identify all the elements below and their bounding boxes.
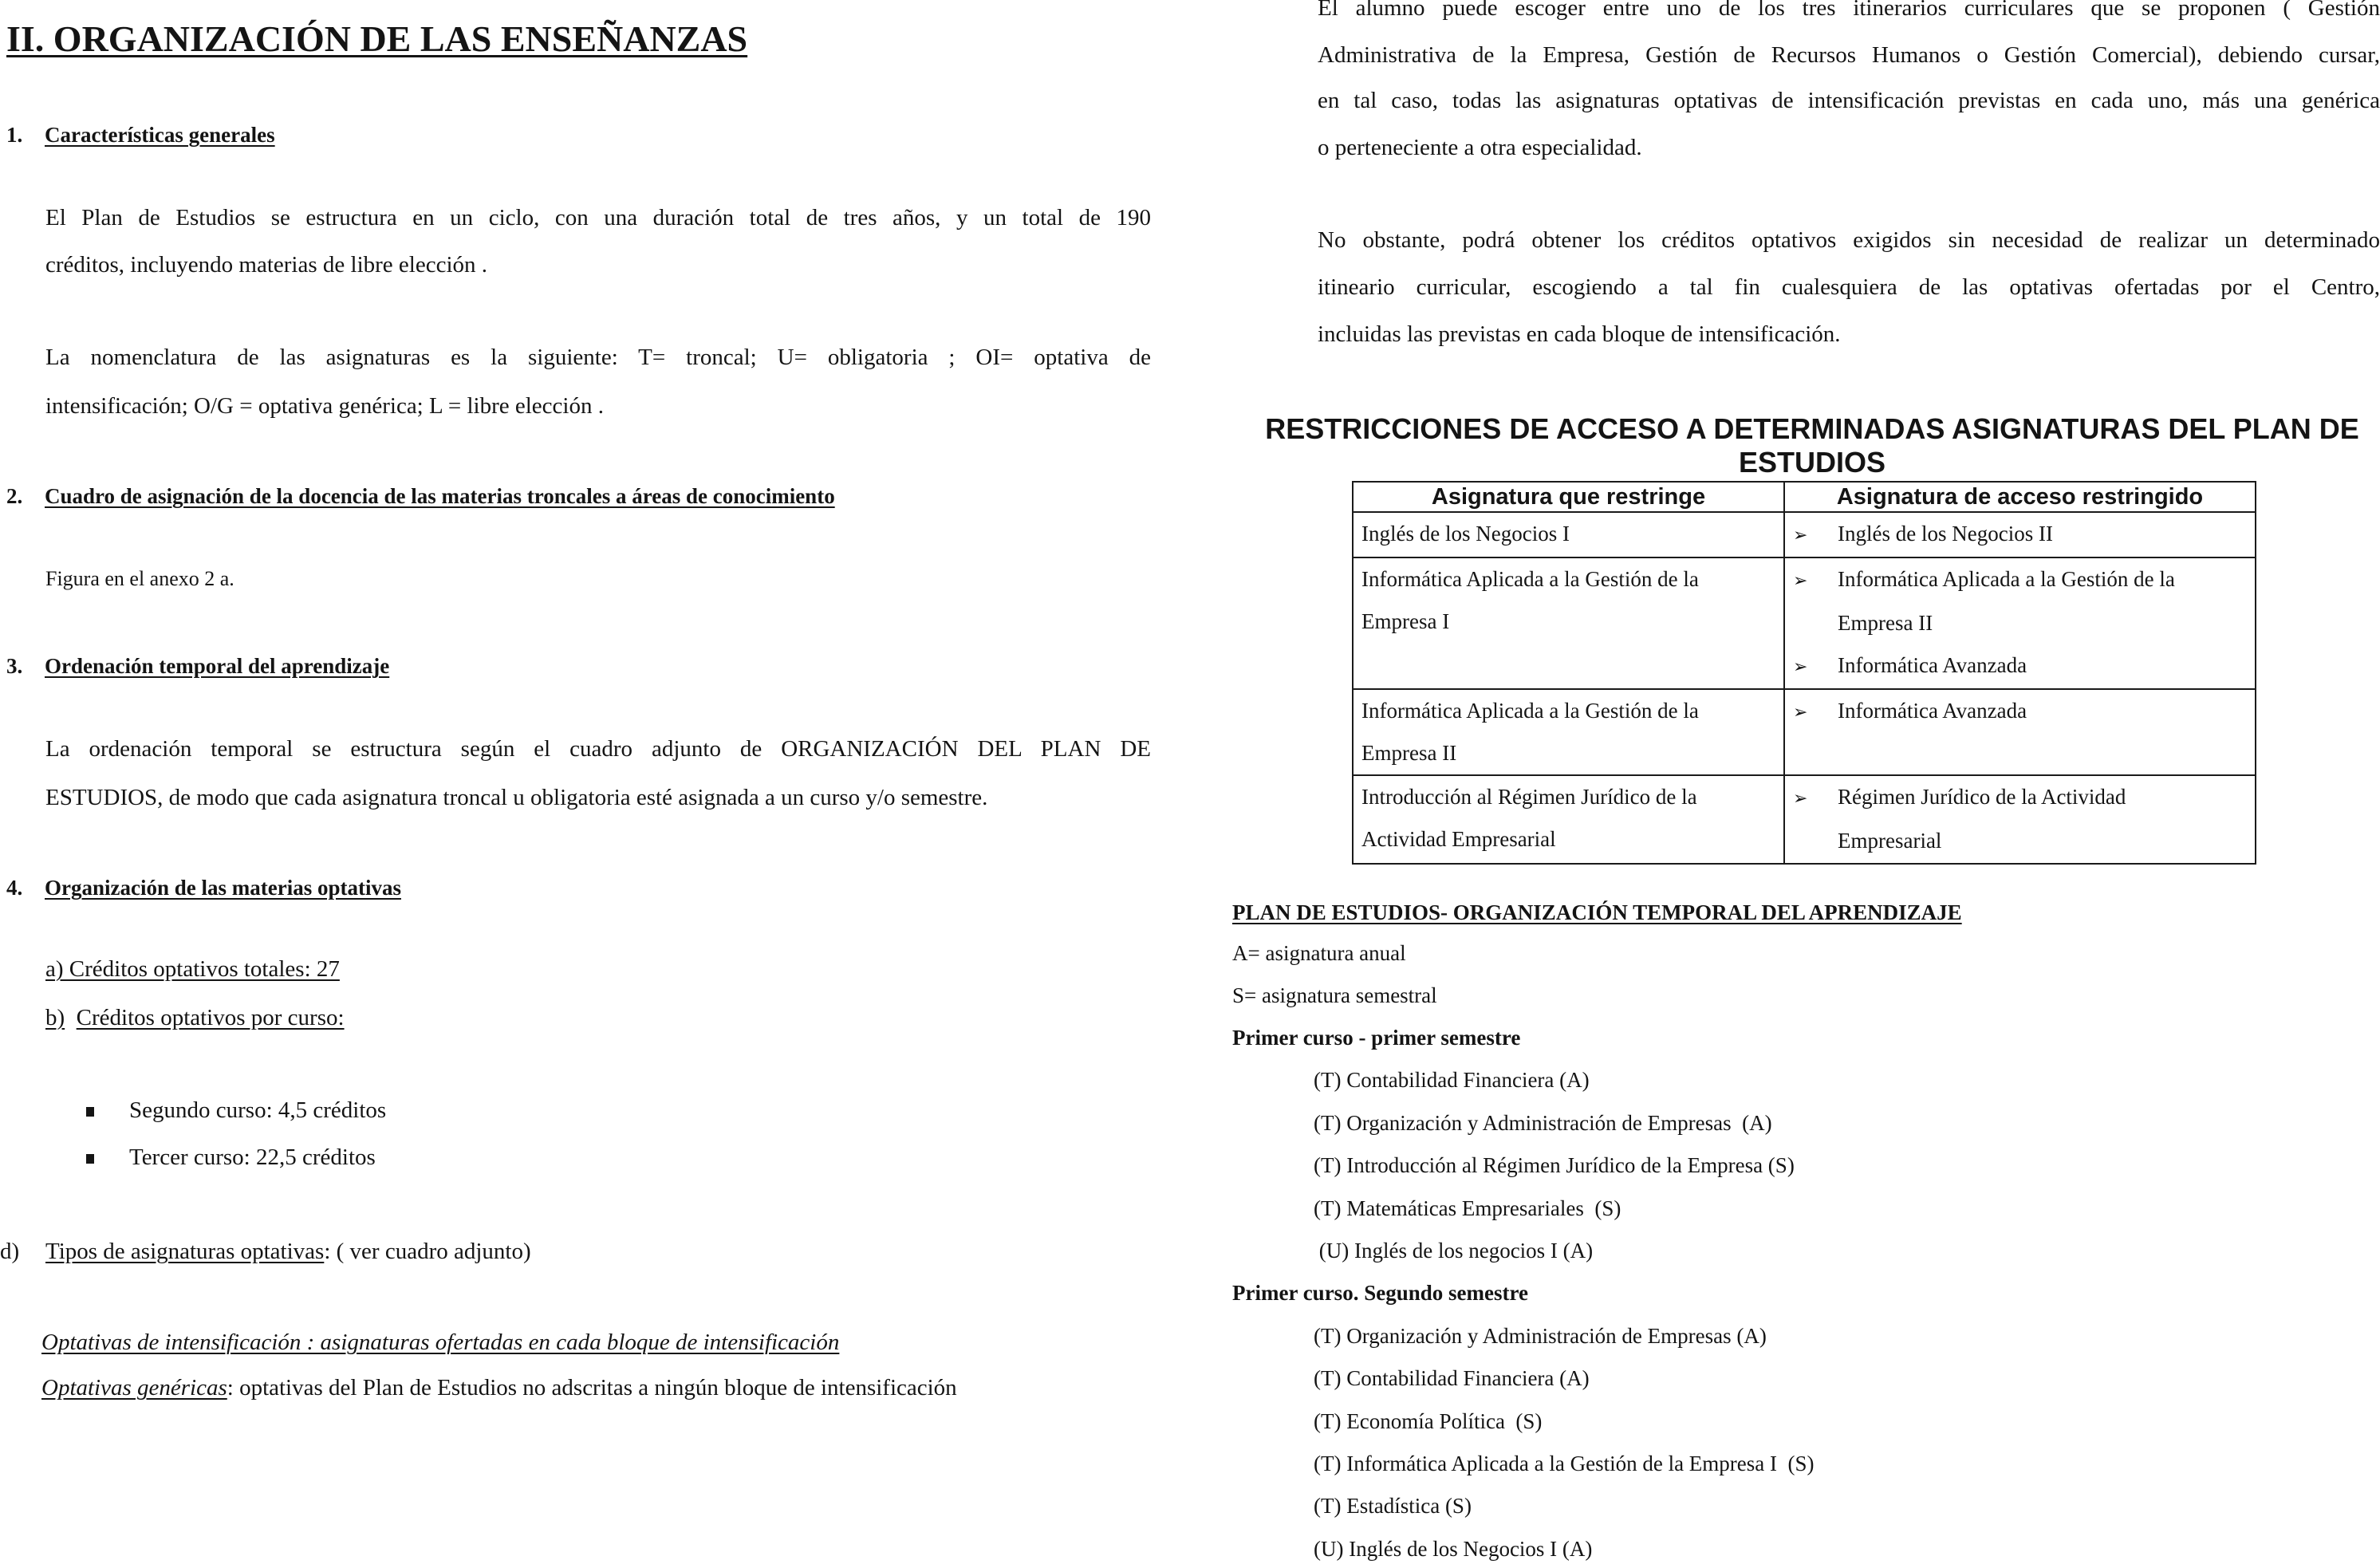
term: Optativas genéricas <box>41 1375 227 1401</box>
square-bullet-icon <box>86 1107 94 1117</box>
intensification-definition: Optativas de intensificación : asignatur… <box>41 1331 839 1354</box>
paragraph-line: incluidas las previstas en cada bloque d… <box>1318 323 1841 346</box>
item-text: Créditos optativos por curso: <box>77 1005 345 1030</box>
subject-item: (U) Inglés de los Negocios I (A) <box>1314 1538 1592 1560</box>
arrowhead-bullet-icon: ➢ <box>1793 514 1838 557</box>
cell-text: ➢Régimen Jurídico de la Actividad <box>1793 776 2247 820</box>
page-title: II. ORGANIZACIÓN DE LAS ENSEÑANZAS <box>6 21 747 57</box>
section-title: Cuadro de asignación de la docencia de l… <box>45 484 835 508</box>
cell-text: Actividad Empresarial <box>1361 818 1775 861</box>
section-2-heading: 2.Cuadro de asignación de la docencia de… <box>6 486 835 507</box>
list-item: Tercer curso: 22,5 créditos <box>86 1146 376 1169</box>
subject-item: (T) Organización y Administración de Emp… <box>1314 1113 1772 1134</box>
restricting-subject: Inglés de los Negocios I <box>1353 512 1784 557</box>
cell-text: Informática Aplicada a la Gestión de la <box>1361 690 1775 732</box>
arrowhead-bullet-icon: ➢ <box>1793 560 1838 602</box>
subject-item: (T) Contabilidad Financiera (A) <box>1314 1368 1590 1389</box>
cell-text: Empresa II <box>1793 602 2247 644</box>
cell-text: Empresarial <box>1793 820 2247 862</box>
table-row: Informática Aplicada a la Gestión de laE… <box>1353 557 2256 689</box>
restricted-item: Informática Avanzada <box>1838 699 2027 723</box>
section-4-heading: 4.Organización de las materias optativas <box>6 877 401 899</box>
cell-text: Introducción al Régimen Jurídico de la <box>1361 776 1775 818</box>
restricting-subject: Introducción al Régimen Jurídico de laAc… <box>1353 775 1784 864</box>
subject-item: (T) Contabilidad Financiera (A) <box>1314 1070 1590 1091</box>
annex-reference: Figura en el anexo 2 a. <box>45 569 234 589</box>
item-text-rest: : ( ver cuadro adjunto) <box>324 1239 530 1264</box>
paragraph-line: La nomenclatura de las asignaturas es la… <box>45 346 1151 369</box>
section-3-heading: 3.Ordenación temporal del aprendizaje <box>6 656 389 677</box>
square-bullet-icon <box>86 1154 94 1164</box>
cell-text: ➢Informática Avanzada <box>1793 690 2247 734</box>
list-item: Segundo curso: 4,5 créditos <box>86 1099 386 1122</box>
section-title: Organización de las materias optativas <box>45 876 401 900</box>
restricted-item: Informática Avanzada <box>1838 653 2027 677</box>
subject-item: (T) Estadística (S) <box>1314 1495 1472 1517</box>
restricted-item: Informática Aplicada a la Gestión de la <box>1838 567 2175 591</box>
section-title: Ordenación temporal del aprendizaje <box>45 654 389 678</box>
table-header-row: Asignatura que restringe Asignatura de a… <box>1353 482 2256 512</box>
course-semester-title: Primer curso. Segundo semestre <box>1232 1282 1528 1304</box>
subject-item: (T) Introducción al Régimen Jurídico de … <box>1314 1155 1795 1176</box>
legend-semester: S= asignatura semestral <box>1232 985 1437 1007</box>
paragraph-line: o perteneciente a otra especialidad. <box>1318 136 1642 160</box>
table-row: Inglés de los Negocios I➢Inglés de los N… <box>1353 512 2256 557</box>
paragraph-line: El alumno puede escoger entre uno de los… <box>1318 0 2380 20</box>
cell-text: ➢Informática Avanzada <box>1793 644 2247 688</box>
optional-types-line: d)Tipos de asignaturas optativas: ( ver … <box>0 1240 531 1263</box>
generic-definition: Optativas genéricas: optativas del Plan … <box>41 1377 957 1400</box>
paragraph-line: intensificación; O/G = optativa genérica… <box>45 395 604 418</box>
section-title: Características generales <box>45 123 275 147</box>
plan-heading: PLAN DE ESTUDIOS- ORGANIZACIÓN TEMPORAL … <box>1232 902 1962 924</box>
subject-item: (T) Organización y Administración de Emp… <box>1314 1326 1767 1347</box>
restrictions-table: Asignatura que restringe Asignatura de a… <box>1352 481 2256 865</box>
subject-item: (T) Informática Aplicada a la Gestión de… <box>1314 1453 1815 1475</box>
item-letter: b) <box>45 1005 65 1030</box>
column-header: Asignatura de acceso restringido <box>1784 482 2256 512</box>
restricted-item: Régimen Jurídico de la Actividad <box>1838 785 2126 809</box>
total-optional-credits: a) Créditos optativos totales: 27 <box>45 958 340 981</box>
restricted-subject: ➢Informática Avanzada <box>1784 689 2256 775</box>
cell-text: Empresa II <box>1361 732 1775 774</box>
paragraph-line: en tal caso, todas las asignaturas optat… <box>1318 89 2380 112</box>
restricting-subject: Informática Aplicada a la Gestión de laE… <box>1353 557 1784 689</box>
course-semester-title: Primer curso - primer semestre <box>1232 1027 1520 1049</box>
cell-text: ➢Informática Aplicada a la Gestión de la <box>1793 558 2247 602</box>
section-number: 2. <box>6 486 45 507</box>
subject-item: (T) Matemáticas Empresariales (S) <box>1314 1198 1621 1219</box>
table-row: Informática Aplicada a la Gestión de laE… <box>1353 689 2256 775</box>
arrowhead-bullet-icon: ➢ <box>1793 646 1838 688</box>
item-letter: d) <box>0 1240 45 1263</box>
credits-per-course-label: b) Créditos optativos por curso: <box>45 1007 345 1030</box>
restrictions-title: RESTRICCIONES DE ACCESO A DETERMINADAS A… <box>1244 415 2380 443</box>
restricted-subject: ➢Régimen Jurídico de la ActividadEmpresa… <box>1784 775 2256 864</box>
list-item-text: Segundo curso: 4,5 créditos <box>129 1097 386 1123</box>
subject-item: (T) Economía Política (S) <box>1314 1411 1542 1432</box>
paragraph-line: itineario curricular, escogiendo a tal f… <box>1318 276 2380 299</box>
section-1-heading: 1.Características generales <box>6 124 275 146</box>
restrictions-title-cont: ESTUDIOS <box>1244 448 2380 477</box>
column-header: Asignatura que restringe <box>1353 482 1784 512</box>
paragraph-line: ESTUDIOS, de modo que cada asignatura tr… <box>45 786 987 810</box>
cell-text: Inglés de los Negocios I <box>1361 513 1775 555</box>
restricted-subject: ➢Inglés de los Negocios II <box>1784 512 2256 557</box>
paragraph-line: Administrativa de la Empresa, Gestión de… <box>1318 44 2380 67</box>
paragraph-line: No obstante, podrá obtener los créditos … <box>1318 229 2380 252</box>
paragraph-line: créditos, incluyendo materias de libre e… <box>45 254 487 277</box>
arrowhead-bullet-icon: ➢ <box>1793 778 1838 820</box>
paragraph-line: El Plan de Estudios se estructura en un … <box>45 207 1151 230</box>
legend-annual: A= asignatura anual <box>1232 943 1406 964</box>
section-number: 1. <box>6 124 45 146</box>
list-item-text: Tercer curso: 22,5 créditos <box>129 1144 376 1170</box>
cell-text: Informática Aplicada a la Gestión de la <box>1361 558 1775 601</box>
cell-text: ➢Inglés de los Negocios II <box>1793 513 2247 557</box>
subject-item: (U) Inglés de los negocios I (A) <box>1314 1240 1593 1262</box>
restricting-subject: Informática Aplicada a la Gestión de laE… <box>1353 689 1784 775</box>
paragraph-line: La ordenación temporal se estructura seg… <box>45 738 1151 761</box>
definition: : optativas del Plan de Estudios no adsc… <box>227 1375 957 1401</box>
item-text: Tipos de asignaturas optativas <box>45 1239 324 1264</box>
arrowhead-bullet-icon: ➢ <box>1793 691 1838 734</box>
section-number: 3. <box>6 656 45 677</box>
section-number: 4. <box>6 877 45 899</box>
restricted-item: Inglés de los Negocios II <box>1838 522 2053 546</box>
restricted-subject: ➢Informática Aplicada a la Gestión de la… <box>1784 557 2256 689</box>
table-row: Introducción al Régimen Jurídico de laAc… <box>1353 775 2256 864</box>
cell-text: Empresa I <box>1361 601 1775 643</box>
